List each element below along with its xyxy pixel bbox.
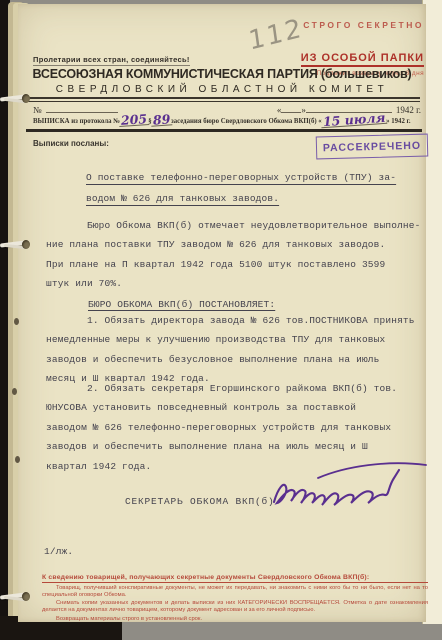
party-name-heading: ВСЕСОЮЗНАЯ КОММУНИСТИЧЕСКАЯ ПАРТИЯ (боль… <box>26 67 418 81</box>
resolution-item-1: 1. Обязать директора завода № 626 тов.ПО… <box>46 311 430 389</box>
special-folder-stamp: ИЗ ОСОБОЙ ПАПКИ <box>301 52 424 67</box>
extract-middle: заседания бюро Свердловского Обкома ВКП(… <box>171 118 322 125</box>
paper-speck <box>14 318 19 325</box>
extract-prefix: ВЫПИСКА из протокола № <box>33 118 120 125</box>
binder-hole <box>22 94 30 103</box>
document-page: Пролетарии всех стран, соединяйтесь! 112… <box>18 4 426 622</box>
secretary-signature <box>266 456 431 514</box>
committee-name-heading: СВЕРДЛОВСКИЙ ОБЛАСТНОЙ КОМИТЕТ <box>26 84 418 95</box>
secretary-title: СЕКРЕТАРЬ ОБКОМА ВКП(б) <box>125 492 275 511</box>
proletarian-slogan: Пролетарии всех стран, соединяйтесь! <box>33 55 190 66</box>
day-blank-line <box>281 104 301 113</box>
binding-thread <box>0 90 34 106</box>
footer-heading: К сведению товарищей, получающих секретн… <box>42 574 428 583</box>
copies-sent-label: Выписки посланы: <box>33 139 109 148</box>
scanned-document-photo: Пролетарии всех стран, соединяйтесь! 112… <box>0 0 442 640</box>
protocol-extract-row: ВЫПИСКА из протокола № 205 § 89 заседани… <box>33 114 425 125</box>
binder-hole <box>22 592 30 601</box>
subject-line: О поставке телефонно-переговорных устрой… <box>86 168 426 209</box>
handwritten-protocol-number: 205 <box>119 114 150 127</box>
declassified-stamp: РАССЕКРЕЧЕНО <box>316 134 429 160</box>
binding-thread <box>0 588 34 604</box>
number-blank-line <box>46 104 118 113</box>
secrecy-footer: К сведению товарищей, получающих секретн… <box>42 574 428 623</box>
handwritten-date: 15 июля <box>320 113 387 129</box>
extract-suffix: » 1942 г. <box>386 118 410 125</box>
letterhead-rule <box>26 97 420 102</box>
body-paragraph-1: Бюро Обкома ВКП(б) отмечает неудовлетвор… <box>46 216 430 294</box>
binding-thread <box>0 236 34 252</box>
handwritten-section-number: 89 <box>150 114 172 126</box>
footer-rule-1: Товарищ, получивший конспиративные докум… <box>42 585 428 599</box>
footer-rule-3: Возвращать материалы строго в установлен… <box>42 616 428 623</box>
binder-hole <box>22 240 30 249</box>
paper-speck <box>15 456 20 463</box>
footer-rule-2: Снимать копии указанных документов и дел… <box>42 600 428 614</box>
paper-speck <box>12 388 17 395</box>
top-secret-stamp: СТРОГО СЕКРЕТНО <box>294 20 424 30</box>
header-separator-rule <box>26 129 422 132</box>
typist-mark: 1/лж. <box>44 542 73 561</box>
